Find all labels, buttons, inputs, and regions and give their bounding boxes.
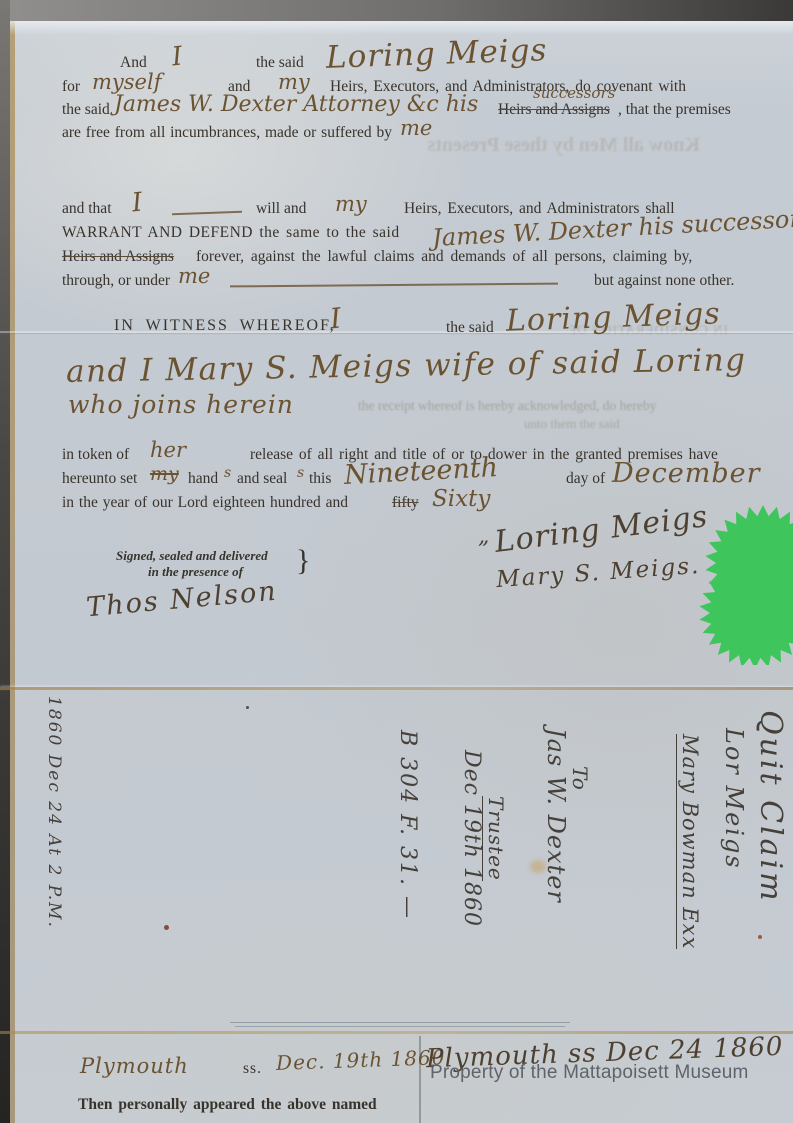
day-of: day of (566, 470, 605, 488)
ink-speck (164, 925, 169, 930)
docket-grantee: Jas W. Dexter (542, 728, 570, 903)
grantor-name-hand: Loring Meigs (325, 32, 548, 76)
ink-speck (246, 706, 249, 709)
witness-grantor-name: Loring Meigs (505, 296, 721, 338)
docket-party2: Mary Bowman Exx (676, 734, 702, 949)
covenant-for: for (62, 78, 80, 96)
paper-top-edge-highlight (10, 21, 793, 35)
and-seal-word: and seal (237, 470, 287, 488)
paper-deckle-edge (10, 21, 15, 1123)
warrant-me-hand: me (178, 264, 210, 288)
green-seal (690, 495, 793, 665)
none-other: but against none other. (594, 272, 734, 290)
docket-book-ref: B 304 F. 31. — (395, 730, 420, 920)
docket-date: Dec 19th 1860 (459, 750, 484, 927)
crease-line-thin (230, 1022, 570, 1023)
incumbrances-line: are free from all incumbrances, made or … (62, 124, 392, 142)
warrant-heirs-struck: Heirs and Assigns (62, 248, 174, 266)
signature-mark: „ (478, 524, 489, 549)
joins-herein-hand: who joins herein (68, 390, 294, 419)
in-token-of: in token of (62, 446, 129, 464)
hand-word: hand (188, 470, 218, 488)
will-and: will and (256, 200, 306, 218)
heirs-assigns-struck: Heirs and Assigns (498, 101, 610, 119)
ink-speck (758, 935, 762, 939)
docket-title: Quit Claim (753, 710, 788, 904)
scanner-background-top (0, 0, 793, 21)
in-witness-whereof: IN WITNESS WHEREOF, (114, 317, 336, 335)
fold-crease-bottom (0, 1031, 793, 1034)
docket-party1: Lor Meigs (720, 728, 748, 870)
hereunto-set: hereunto set (62, 470, 137, 488)
attestation-line2: in the presence of (148, 564, 243, 580)
my-struck-hand: my (150, 463, 179, 485)
attestation-brace: } (296, 544, 310, 578)
sixty-hand: Sixty (432, 486, 490, 512)
forever-line: forever, against the lawful claims and d… (196, 248, 692, 266)
bleedthrough-text: the receipt whereof is hereby acknowledg… (358, 398, 656, 414)
her-hand: her (150, 438, 186, 462)
county-hand: Plymouth (80, 1054, 189, 1078)
warrant-and-that: and that (62, 200, 112, 218)
successors-insert-hand: successors (533, 84, 615, 102)
attestation-line1: Signed, sealed and delivered (116, 548, 268, 564)
crease-line-thin (235, 1026, 565, 1027)
scanner-background-left (0, 0, 10, 1123)
personally-appeared-line: Then personally appeared the above named (78, 1096, 377, 1114)
covenant-the-said2: the said (62, 101, 110, 119)
this-word: this (309, 470, 331, 488)
year-line: in the year of our Lord eighteen hundred… (62, 494, 348, 512)
fold-crease-strong (0, 687, 793, 690)
grantee-hand: James W. Dexter Attorney &c his (114, 92, 478, 117)
ss-label: ss. (243, 1060, 262, 1078)
docket-recorded-note: 1860 Dec 24 At 2 P.M. (44, 696, 64, 929)
me-hand: me (400, 116, 432, 140)
warrant-my-hand: my (335, 192, 367, 216)
bleedthrough-text: unto them the said (524, 416, 620, 432)
myself-hand: myself (92, 70, 161, 94)
fifty-struck: fifty (392, 494, 419, 512)
through-under: through, or under (62, 272, 170, 290)
that-premises: , that the premises (618, 101, 731, 119)
museum-watermark: Property of the Mattapoisett Museum (430, 1062, 749, 1084)
december-hand: December (612, 458, 761, 489)
witness-the-said: the said (446, 319, 494, 337)
scanned-deed-document: Know all Men by these Presents IN CONSID… (0, 0, 793, 1123)
docket-trustee: Trustee (482, 796, 508, 881)
my-hand: my (278, 70, 310, 94)
warrant-defend-line: WARRANT AND DEFEND the same to the said (62, 224, 400, 242)
docket-to: To (568, 766, 592, 790)
plural-s-hand: s (224, 465, 231, 481)
plural-s2-hand: s (297, 465, 304, 481)
